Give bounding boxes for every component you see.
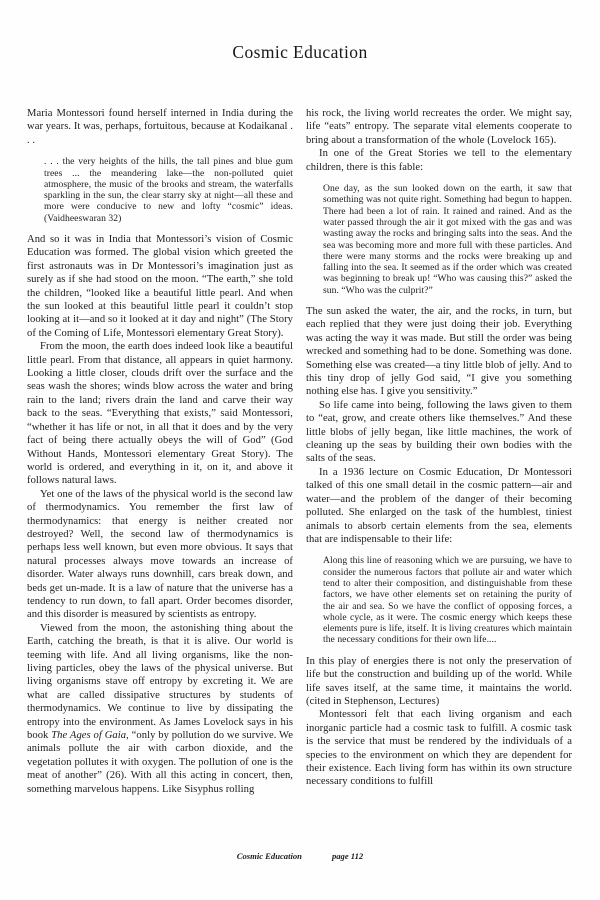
right-column: his rock, the living world recreates the… <box>306 107 572 796</box>
block-quote-lecture: Along this line of reasoning which we ar… <box>323 555 572 645</box>
paragraph-pearl: From the moon, the earth does indeed loo… <box>27 340 293 487</box>
paragraph-great-stories: In one of the Great Stories we tell to t… <box>306 147 572 174</box>
page-footer: Cosmic Education page 112 <box>0 851 600 861</box>
paragraph-life-began: So life came into being, following the l… <box>306 399 572 466</box>
book-title-italic: The Ages of Gaia <box>51 730 126 741</box>
paragraph-sun-asked: The sun asked the water, the air, and th… <box>306 305 572 399</box>
paragraph-continuation: his rock, the living world recreates the… <box>306 107 572 147</box>
left-column: Maria Montessori found herself interned … <box>27 107 293 796</box>
paragraph-alive-text-start: Viewed from the moon, the astonishing th… <box>27 623 293 741</box>
page-title: Cosmic Education <box>0 42 600 63</box>
block-quote-kodaikanal: . . . the very heights of the hills, the… <box>44 156 293 224</box>
footer-page-number: page 112 <box>332 851 363 861</box>
paragraph-vision: And so it was in India that Montessori’s… <box>27 233 293 340</box>
paragraph-thermodynamics: Yet one of the laws of the physical worl… <box>27 488 293 622</box>
footer-running-title: Cosmic Education <box>237 851 302 861</box>
block-quote-fable: One day, as the sun looked down on the e… <box>323 183 572 296</box>
paragraph-1936-lecture: In a 1936 lecture on Cosmic Education, D… <box>306 466 572 546</box>
paragraph-intro: Maria Montessori found herself interned … <box>27 107 293 147</box>
paragraph-cosmic-task: Montessori felt that each living organis… <box>306 708 572 788</box>
paragraph-play-of-energies: In this play of energies there is not on… <box>306 655 572 709</box>
text-columns: Maria Montessori found herself interned … <box>27 107 573 796</box>
book-page: Cosmic Education Maria Montessori found … <box>0 0 600 900</box>
paragraph-alive: Viewed from the moon, the astonishing th… <box>27 622 293 796</box>
